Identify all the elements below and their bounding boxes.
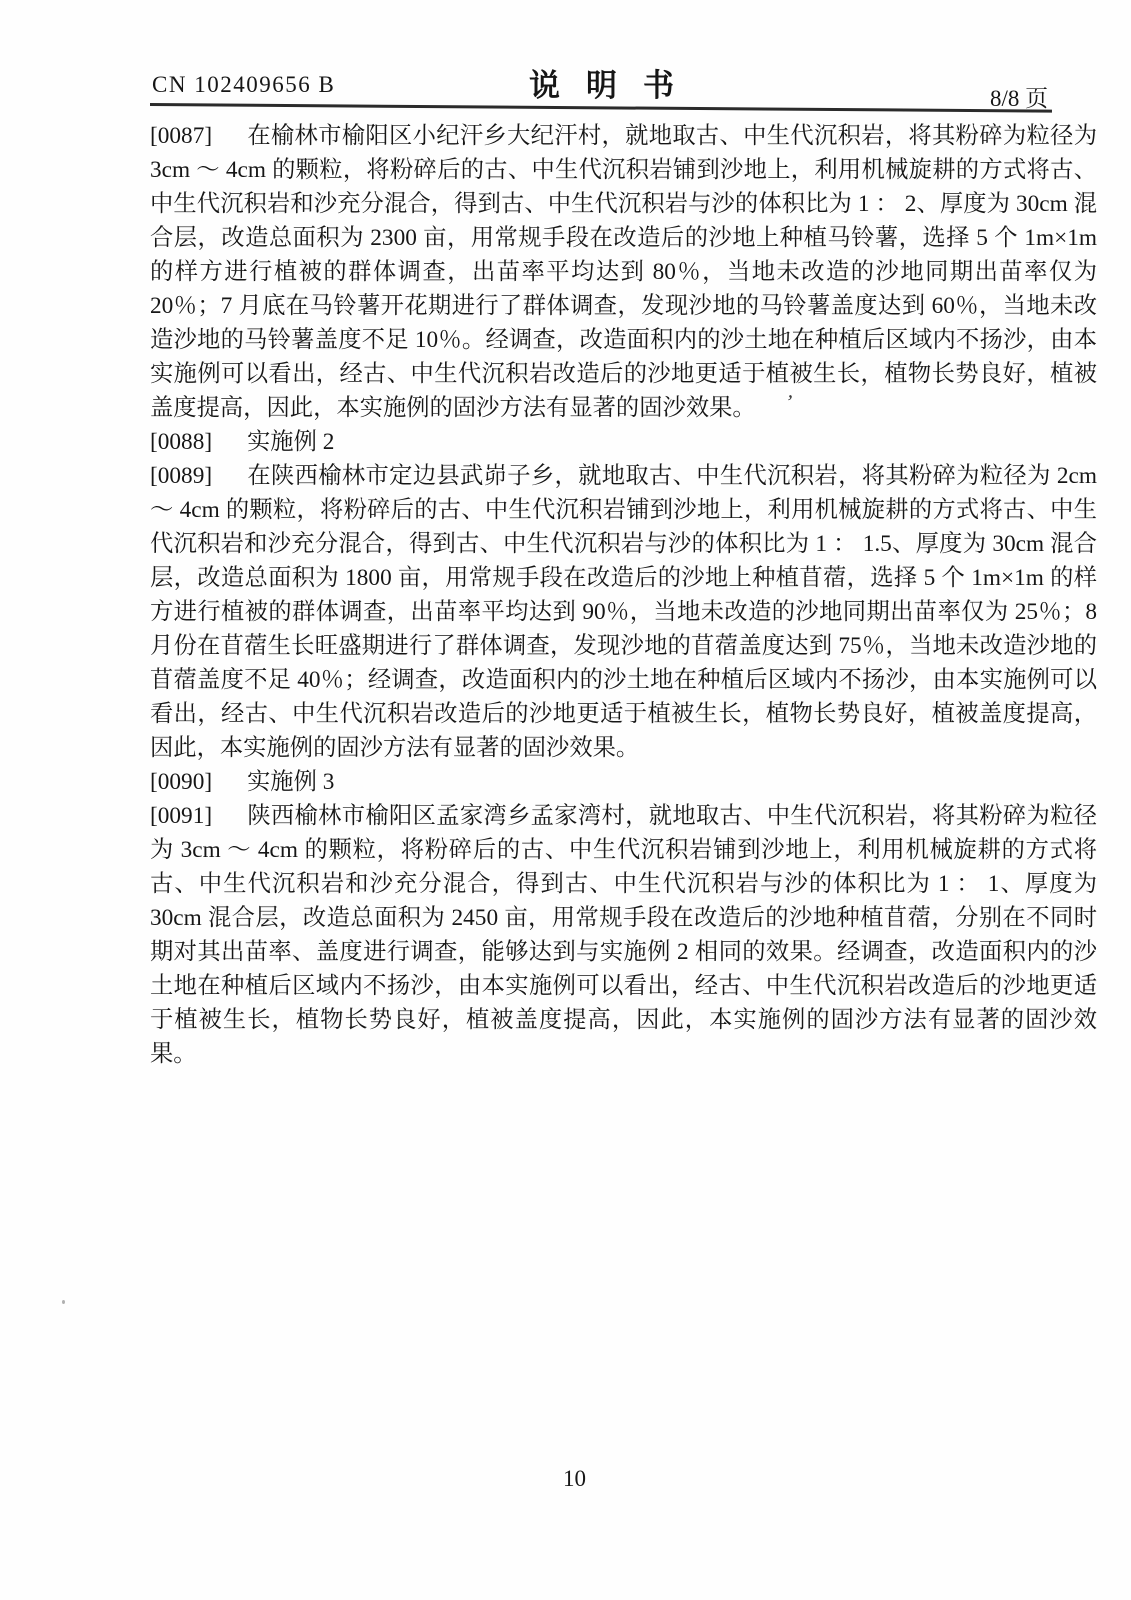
paragraph-0090: [0090]实施例 3 (150, 765, 1097, 799)
paragraph-text: 在榆林市榆阳区小纪汗乡大纪汗村，就地取古、中生代沉积岩，将其粉碎为粒径为 3cm… (150, 123, 1097, 421)
description-body: [0087]在榆林市榆阳区小纪汗乡大纪汗村，就地取古、中生代沉积岩，将其粉碎为粒… (150, 119, 1097, 1071)
paragraph-text: 在陕西榆林市定边县武峁子乡，就地取古、中生代沉积岩，将其粉碎为粒径为 2cm ～… (150, 463, 1097, 761)
paragraph-number: [0089] (150, 459, 247, 493)
paragraph-number: [0091] (150, 799, 247, 833)
patent-number: CN 102409656 B (152, 72, 335, 98)
paragraph-0091: [0091]陕西榆林市榆阳区孟家湾乡孟家湾村，就地取古、中生代沉积岩，将其粉碎为… (150, 799, 1097, 1071)
scan-artifact (62, 1300, 65, 1304)
paragraph-0088: [0088]实施例 2 (150, 425, 1097, 459)
document-title: 说明书 (529, 60, 700, 105)
paragraph-number: [0090] (150, 765, 247, 799)
patent-page: CN 102409656 B 说明书 8/8 页 [0087]在榆林市榆阳区小纪… (0, 0, 1131, 1600)
paragraph-number: [0087] (150, 119, 247, 153)
paragraph-0087: [0087]在榆林市榆阳区小纪汗乡大纪汗村，就地取古、中生代沉积岩，将其粉碎为粒… (150, 119, 1097, 425)
footer-page-number: 10 (563, 1466, 586, 1492)
page-indicator: 8/8 页 (990, 80, 1048, 113)
paragraph-text: 陕西榆林市榆阳区孟家湾乡孟家湾村，就地取古、中生代沉积岩，将其粉碎为粒径为 3c… (150, 803, 1097, 1067)
paragraph-text: 实施例 3 (247, 769, 334, 795)
paragraph-number: [0088] (150, 425, 247, 459)
paragraph-0089: [0089]在陕西榆林市定边县武峁子乡，就地取古、中生代沉积岩，将其粉碎为粒径为… (150, 459, 1097, 765)
paragraph-text: 实施例 2 (247, 429, 334, 455)
